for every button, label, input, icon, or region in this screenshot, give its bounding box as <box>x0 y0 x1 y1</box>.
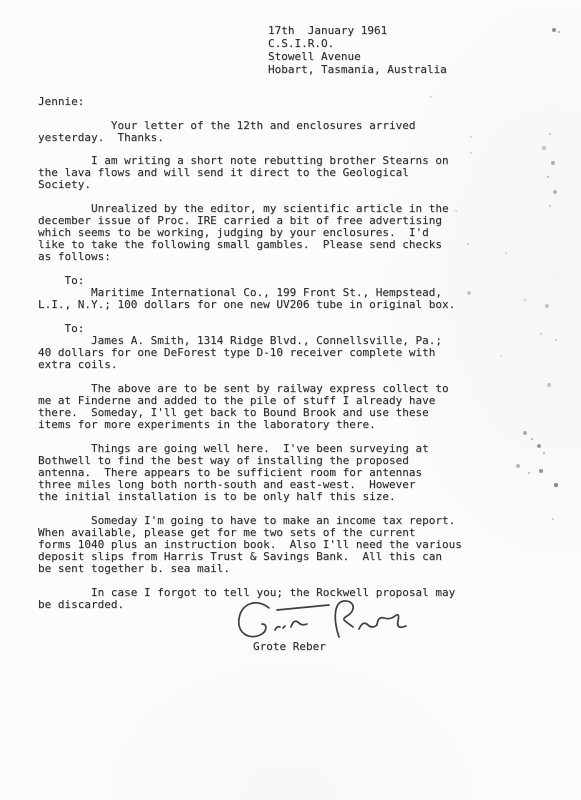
paragraph-1: Your letter of the 12th and enclosures a… <box>38 120 508 144</box>
heading-date: 17th January 1961 <box>268 24 387 37</box>
paragraph-4-to-maritime: To: Maritime International Co., 199 Fron… <box>38 275 508 311</box>
scanned-letter-page: 17th January 1961 C.S.I.R.O. Stowell Ave… <box>0 0 581 800</box>
salutation: Jennie: <box>38 96 508 108</box>
paragraph-8: Someday I'm going to have to make an inc… <box>38 515 508 575</box>
paragraph-5-to-smith: To: James A. Smith, 1314 Ridge Blvd., Co… <box>38 323 508 371</box>
heading-street: Stowell Avenue <box>268 50 361 63</box>
letter-body: Jennie: Your letter of the 12th and encl… <box>38 96 508 622</box>
scan-noise-speckles <box>0 0 2 2</box>
heading-organization: C.S.I.R.O. <box>268 37 334 50</box>
paragraph-6: The above are to be sent by railway expr… <box>38 383 508 431</box>
paragraph-7: Things are going well here. I've been su… <box>38 443 508 503</box>
typed-signature: Grote Reber <box>253 641 326 653</box>
heading-city: Hobart, Tasmania, Australia <box>268 63 447 76</box>
paragraph-2: I am writing a short note rebutting brot… <box>38 155 508 191</box>
paragraph-3: Unrealized by the editor, my scientific … <box>38 203 508 263</box>
letter-heading: 17th January 1961 C.S.I.R.O. Stowell Ave… <box>268 24 447 76</box>
